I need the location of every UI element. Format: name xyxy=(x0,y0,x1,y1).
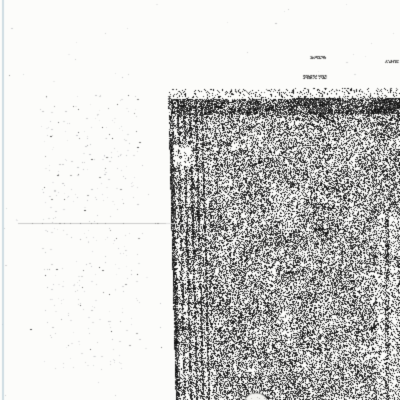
scan-image xyxy=(0,0,400,400)
scanned-page xyxy=(0,0,400,400)
